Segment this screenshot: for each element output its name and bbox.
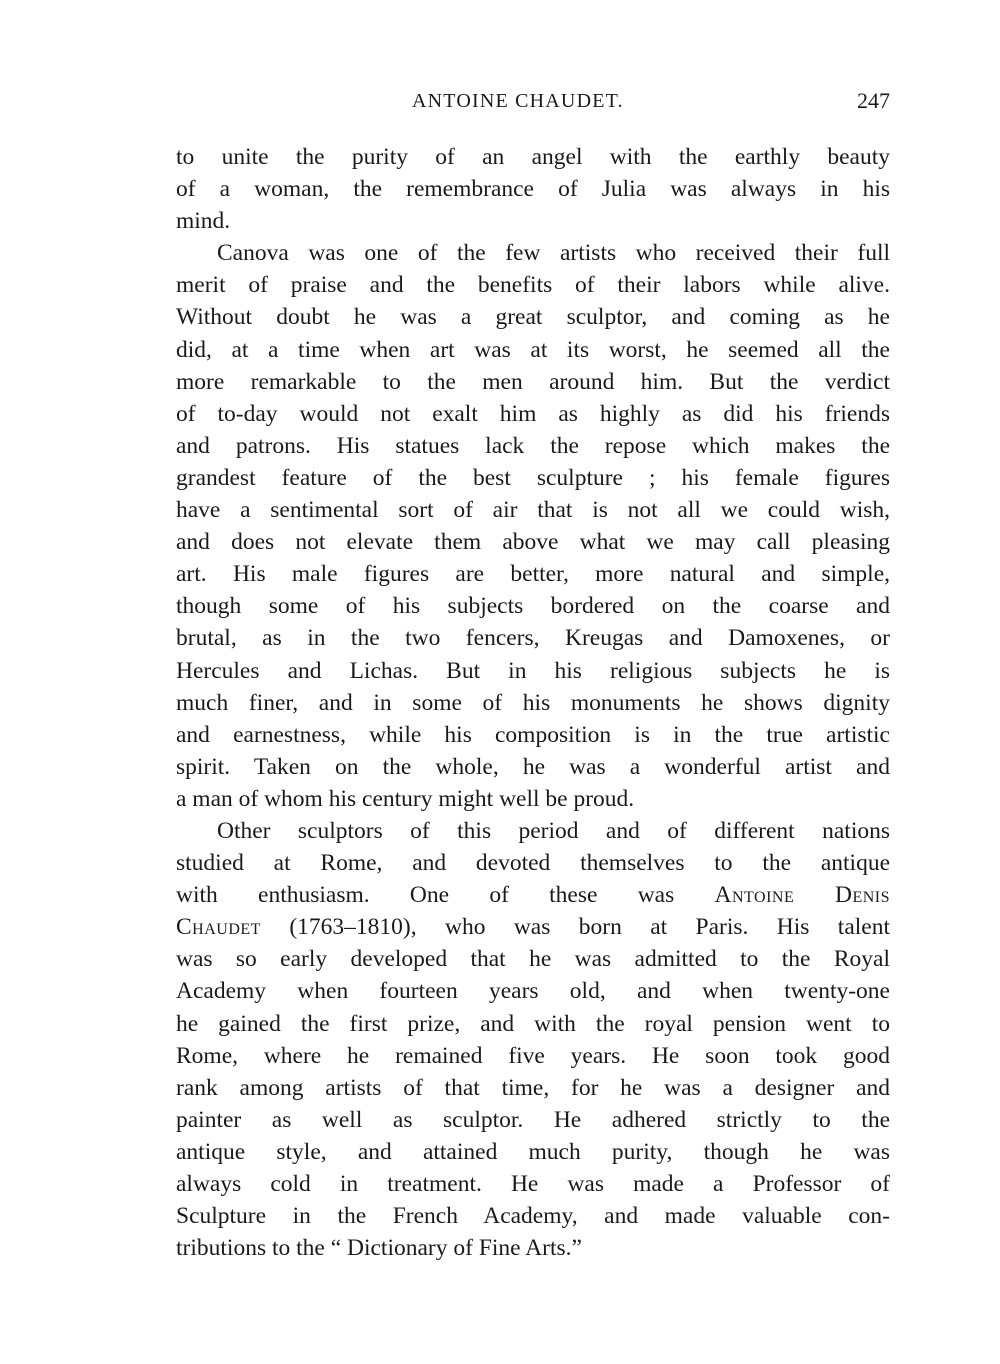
paragraph-chaudet: Other sculptors of this period and of di… <box>176 815 890 1264</box>
text-line: he gained the first prize, and with the … <box>176 1008 890 1040</box>
text-line: more remarkable to the men around him. B… <box>176 366 890 398</box>
small-caps-name: Chaudet <box>176 914 261 940</box>
text-line: Without doubt he was a great sculptor, a… <box>176 301 890 333</box>
text-line: grandest feature of the best sculpture ;… <box>176 462 890 494</box>
small-caps-name: Antoine Denis <box>715 882 891 908</box>
text-line: Academy when fourteen years old, and whe… <box>176 975 890 1007</box>
text-fragment: (1763–1810), who was born at Paris. His … <box>289 914 890 940</box>
text-fragment: with enthusiasm. One of these was <box>176 882 674 908</box>
paragraph-canova: Canova was one of the few artists who re… <box>176 237 890 815</box>
text-line: though some of his subjects bordered on … <box>176 590 890 622</box>
text-line: and does not elevate them above what we … <box>176 526 890 558</box>
text-line: Canova was one of the few artists who re… <box>176 237 890 269</box>
text-line: merit of praise and the benefits of thei… <box>176 269 890 301</box>
text-line: tributions to the “ Dictionary of Fine A… <box>176 1232 890 1264</box>
text-line: did, at a time when art was at its worst… <box>176 334 890 366</box>
text-line: was so early developed that he was admit… <box>176 943 890 975</box>
text-line: have a sentimental sort of air that is n… <box>176 494 890 526</box>
text-line: art. His male figures are better, more n… <box>176 558 890 590</box>
text-line: Hercules and Lichas. But in his religiou… <box>176 655 890 687</box>
text-line: Other sculptors of this period and of di… <box>176 815 890 847</box>
paragraph-continuation: to unite the purity of an angel with the… <box>176 141 890 237</box>
text-line: antique style, and attained much purity,… <box>176 1136 890 1168</box>
body-text: to unite the purity of an angel with the… <box>176 141 890 1264</box>
text-line: always cold in treatment. He was made a … <box>176 1168 890 1200</box>
text-line-with-name: Chaudet (1763–1810), who was born at Par… <box>176 911 890 943</box>
text-line: of to-day would not exalt him as highly … <box>176 398 890 430</box>
text-line: to unite the purity of an angel with the… <box>176 141 890 173</box>
text-line: Sculpture in the French Academy, and mad… <box>176 1200 890 1232</box>
text-line: of a woman, the remembrance of Julia was… <box>176 173 890 205</box>
text-line: brutal, as in the two fencers, Kreugas a… <box>176 622 890 654</box>
text-line: spirit. Taken on the whole, he was a won… <box>176 751 890 783</box>
text-line: rank among artists of that time, for he … <box>176 1072 890 1104</box>
book-page: ANTOINE CHAUDET. 247 to unite the purity… <box>0 0 1000 1364</box>
running-head: ANTOINE CHAUDET. 247 <box>176 86 890 116</box>
text-line: and earnestness, while his composition i… <box>176 719 890 751</box>
text-line: and patrons. His statues lack the repose… <box>176 430 890 462</box>
text-line: Rome, where he remained five years. He s… <box>176 1040 890 1072</box>
text-line: studied at Rome, and devoted themselves … <box>176 847 890 879</box>
text-line: much finer, and in some of his monuments… <box>176 687 890 719</box>
text-line: a man of whom his century might well be … <box>176 783 890 815</box>
text-line: painter as well as sculptor. He adhered … <box>176 1104 890 1136</box>
text-line: mind. <box>176 205 890 237</box>
page-number: 247 <box>857 86 890 116</box>
running-title: ANTOINE CHAUDET. <box>412 86 624 116</box>
text-line-with-name: with enthusiasm. One of these was Antoin… <box>176 879 890 911</box>
